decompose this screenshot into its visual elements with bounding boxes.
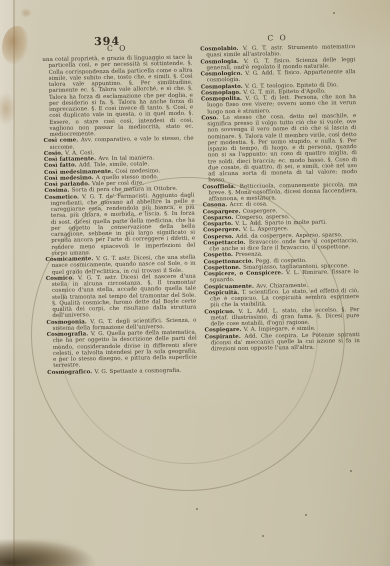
- dictionary-entry: Cosmopolita. V. G. T. di lett. Persona, …: [201, 94, 356, 115]
- entry-headword: Cosmetico.: [44, 194, 81, 201]
- entry-headword: Cosmogonia.: [46, 319, 90, 326]
- right-column-entries: Cosmolabio. V. G. T. astr. Strumento mat…: [200, 44, 360, 353]
- left-column: C O una cotal proprietà, e grazia di lin…: [42, 43, 197, 376]
- entry-headword: Così come.: [44, 138, 81, 145]
- dictionary-entry: Cosmico. V. G. T. astr. Dicesi del nasce…: [46, 273, 197, 319]
- ink-speck: [196, 508, 198, 510]
- dictionary-entry: Cosmetico. V. G. T. de' Farmacisti. Aggi…: [44, 192, 195, 257]
- entry-headword: Cospirante.: [205, 333, 245, 340]
- entry-headword: Cospicere, o Conspicere.: [204, 270, 286, 277]
- dictionary-entry: Cosmografia. V. G. Quella parte della ma…: [47, 330, 198, 370]
- foxing-stain: [20, 8, 32, 18]
- entry-headword: Cospettaccio.: [203, 240, 249, 247]
- dictionary-entry: Cospettaccio. Bravaccio: onde fare il co…: [203, 238, 358, 253]
- entry-headword: Cospicuo.: [204, 308, 238, 315]
- ink-speck: [305, 514, 307, 516]
- dictionary-entry: Cospirante. Add. Che cospira. Le Potenze…: [205, 332, 360, 353]
- page-edge-seam: [13, 0, 15, 566]
- entry-headword: Cosmologia.: [200, 58, 244, 65]
- left-column-entries: una cotal proprietà, e grazia di linguag…: [42, 55, 197, 376]
- entry-headword: Cosmicamente.: [45, 256, 96, 263]
- dictionary-entry: una cotal proprietà, e grazia di linguag…: [42, 55, 193, 139]
- dictionary-entry: Coso. Lo stesso che cosa, detto nel masc…: [201, 113, 357, 184]
- dictionary-entry: Cospicuità. T. scientifico. Lo stato, ed…: [204, 288, 359, 309]
- entry-headword: Cosmico.: [46, 275, 78, 282]
- entry-headword: Cosmografia.: [47, 331, 91, 338]
- dictionary-entry: Cospicuo. V. L. Add. L. stato, che eccel…: [204, 307, 359, 328]
- right-column: C O Cosmolabio. V. G. T. astr. Strumento…: [200, 32, 360, 353]
- running-head-right: C O: [200, 32, 355, 43]
- entry-headword: Cosmografico.: [47, 369, 94, 376]
- ink-speck: [333, 12, 335, 14]
- entry-headword: Cosoffiola.: [202, 183, 239, 190]
- corner-smudge-stain: [0, 488, 130, 566]
- entry-headword: Cosmolabio.: [200, 46, 243, 53]
- entry-headword: Coso.: [201, 115, 223, 121]
- page-edge-strip: [0, 0, 13, 566]
- foxing-stain: [2, 26, 28, 64]
- dictionary-entry: Cosmicamente. V. G. T. astr. Dicesi, che…: [45, 255, 195, 276]
- ink-speck: [350, 470, 352, 472]
- entry-headword: Cosmologico.: [201, 71, 246, 78]
- entry-headword: Cosmopolita.: [201, 96, 245, 103]
- printed-text-area: 394 C O una cotal proprietà, e grazia di…: [42, 31, 355, 36]
- book-page-scan: 394 C O una cotal proprietà, e grazia di…: [0, 0, 390, 566]
- dictionary-entry: Cosoffiola. Botticciuola, comunemente pi…: [202, 182, 357, 203]
- running-head-left: C O: [42, 43, 192, 54]
- ink-speck: [262, 535, 264, 537]
- entry-headword: Cospicuità.: [204, 290, 242, 297]
